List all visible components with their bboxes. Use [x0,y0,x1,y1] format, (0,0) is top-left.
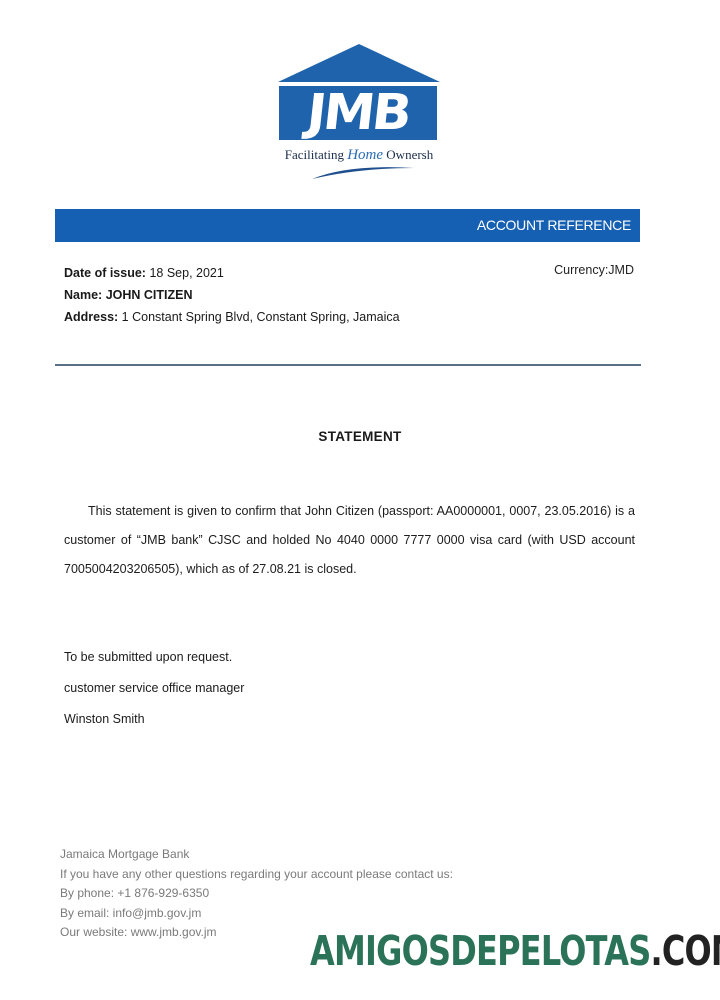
footer-bank-name: Jamaica Mortgage Bank [60,845,453,865]
address-label: Address: [64,310,118,324]
currency: Currency:JMD [554,262,634,279]
watermark-tld: .COM [650,927,720,975]
tagline-suffix: Ownersh [383,147,433,162]
footer-phone: By phone: +1 876-929-6350 [60,884,453,904]
date-value: 18 Sep, 2021 [149,266,223,280]
account-reference-label: ACCOUNT REFERENCE [477,217,631,233]
name-value: JOHN CITIZEN [106,288,193,302]
statement-paragraph: This statement is given to confirm that … [64,497,635,584]
submission-note: To be submitted upon request. [64,647,244,678]
swoosh-icon [308,162,418,182]
tagline-prefix: Facilitating [285,147,347,162]
section-divider [55,364,641,366]
watermark-main: AMIGOSDEPELOTAS [310,927,650,975]
name-label: Name: [64,288,102,302]
date-of-issue: Date of issue: 18 Sep, 2021 [64,262,400,284]
logo-letter-block: JMB [279,86,437,140]
signatory-name: Winston Smith [64,709,244,740]
account-reference-bar: ACCOUNT REFERENCE [55,209,640,242]
closing-block: To be submitted upon request. customer s… [64,647,244,740]
date-label: Date of issue: [64,266,146,280]
customer-name: Name: JOHN CITIZEN [64,284,400,306]
customer-address: Address: 1 Constant Spring Blvd, Constan… [64,306,400,328]
house-roof-icon [278,44,440,82]
statement-title: STATEMENT [0,429,720,444]
jmb-logo: JMB Facilitating Home Ownersh [278,44,440,184]
footer-contact-intro: If you have any other questions regardin… [60,865,453,885]
site-watermark: AMIGOSDEPELOTAS.COM [310,925,720,977]
address-value: 1 Constant Spring Blvd, Constant Spring,… [122,310,400,324]
tagline-home: Home [347,147,383,163]
statement-body: This statement is given to confirm that … [64,497,635,584]
logo-letters: JMB [276,87,440,138]
signatory-title: customer service office manager [64,678,244,709]
footer-email: By email: info@jmb.gov.jm [60,904,453,924]
account-meta: Date of issue: 18 Sep, 2021 Name: JOHN C… [64,262,400,328]
